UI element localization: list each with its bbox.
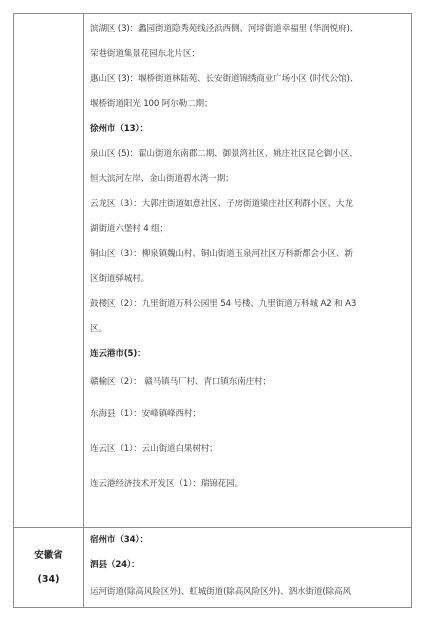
content-cell: 宿州市（34）： 泗县（24）： 运河街道(除高风险区外)、虹城街道(除高风险区… [84,528,411,607]
text-line: 云龙区（3）：大郭庄街道如意社区、子房街道梁庄社区利群小区、大龙 [90,197,353,209]
regions-table: 滨湖区 (3)：蠡园街道隐秀苑线泾浜西侧、河埒街道幸福里 (华润悦府)、 荣巷街… [13,13,412,608]
text-line: 区街道驿城村。 [90,272,149,284]
text-line: 鼓楼区（2）：九里街道万科公园里 54 号楼、九里街道万科城 A2 和 A3 [90,297,356,309]
text-line: 滨湖区 (3)：蠡园街道隐秀苑线泾浜西侧、河埒街道幸福里 (华润悦府)、 [90,22,358,34]
text-line: 堰桥街道阳光 100 阿尔勒二期； [90,97,212,109]
city-heading-lianyungang: 连云港市(5)： [90,347,146,359]
text-line: 赣榆区（2）： 赣马镇马厂村、青口镇东南庄村； [90,375,271,387]
table-row-jiangsu: 滨湖区 (3)：蠡园街道隐秀苑线泾浜西侧、河埒街道幸福里 (华润悦府)、 荣巷街… [14,14,411,527]
text-line: 区。 [90,322,107,334]
text-line: 湖街道六堡村 4 组； [90,222,168,234]
text-line: 泉山区 (5)：翟山街道东南郡二期、御景湾社区、姚庄社区昆仑御小区、 [90,147,358,159]
province-cell: 安徽省 (34) [14,528,84,607]
text-line: 恒大滨河左岸、金山街道碧水湾一期； [90,172,234,184]
city-heading-suzhou: 宿州市（34）： [90,533,148,545]
content-cell: 滨湖区 (3)：蠡园街道隐秀苑线泾浜西侧、河埒街道幸福里 (华润悦府)、 荣巷街… [84,14,411,527]
text-line: 连云区（1）：云山街道白果树村； [90,442,218,454]
county-heading-sixian: 泗县（24）： [90,558,140,570]
text-line: 东海县（1）：安峰镇峰西村； [90,407,201,419]
province-name: 安徽省 [34,545,63,567]
text-line: 惠山区 (3)：堰桥街道林陆苑、长安街道锦绣商业广场小区 (时代公馆)、 [90,72,358,84]
city-heading-xuzhou: 徐州市（13）： [90,122,148,134]
table-row-anhui: 安徽省 (34) 宿州市（34）： 泗县（24）： 运河街道(除高风险区外)、虹… [14,527,411,607]
province-count: (34) [38,569,60,591]
text-line: 连云港经济技术开发区（1）：瑞锦花园。 [90,477,243,489]
text-line: 荣巷街道集景花园东北片区； [90,47,200,59]
province-cell [14,14,84,527]
text-line: 铜山区（3）：柳泉镇魏山村、铜山街道玉泉河社区万科新都会小区、新 [90,247,353,259]
text-line: 运河街道(除高风险区外)、虹城街道(除高风险区外)、泗水街道(除高风 [90,585,351,597]
